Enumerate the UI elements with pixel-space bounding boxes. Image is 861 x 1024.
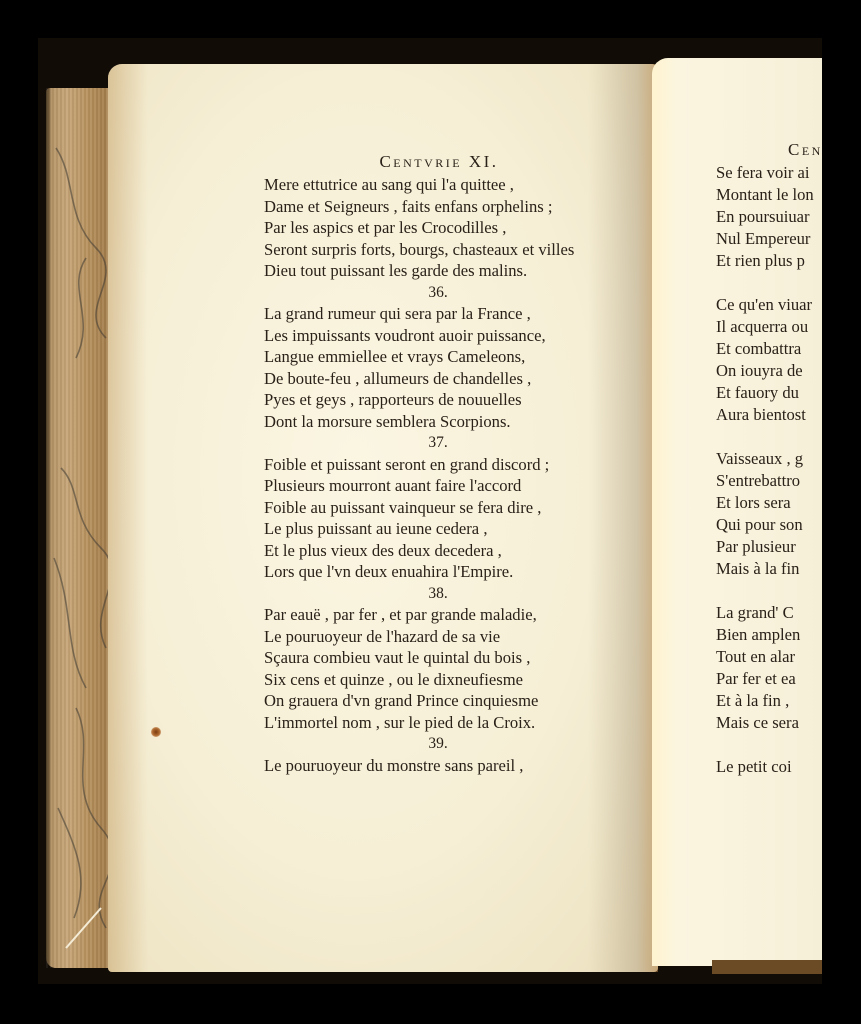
verse-line: La grand' C <box>716 602 822 624</box>
verse-line: Par eauë , par fer , et par grande malad… <box>264 604 604 626</box>
left-page-text: Centvrie XI. Mere ettutrice au sang qui … <box>264 150 604 776</box>
verse-line: Dieu tout puissant les garde des malins. <box>264 260 604 282</box>
quatrain-number: 39. <box>272 733 604 755</box>
stanza-gap <box>716 426 822 448</box>
verse-line: Seront surpris forts, bourgs, chasteaux … <box>264 239 604 261</box>
verse-line: Plusieurs mourront auant faire l'accord <box>264 475 604 497</box>
verse-line: Montant le lon <box>716 184 822 206</box>
verse-line: Et rien plus p <box>716 250 822 272</box>
right-page-bottom-edge <box>712 960 822 974</box>
verse-line: De boute-feu , allumeurs de chandelles , <box>264 368 604 390</box>
verse-line: Les impuissants voudront auoir puissance… <box>264 325 604 347</box>
verse-line: Par fer et ea <box>716 668 822 690</box>
quatrain-number: 37. <box>272 432 604 454</box>
verse-line: Pyes et geys , rapporteurs de nouuelles <box>264 389 604 411</box>
verse-line: S'entrebattro <box>716 470 822 492</box>
running-head: Cen <box>716 138 822 162</box>
verse-line: Et fauory du <box>716 382 822 404</box>
verse-line: Le plus puissant au ieune cedera , <box>264 518 604 540</box>
verse-line: Lors que l'vn deux enuahira l'Empire. <box>264 561 604 583</box>
verse-line: Le pouruoyeur du monstre sans pareil , <box>264 755 604 777</box>
verse-line: Bien amplen <box>716 624 822 646</box>
verse-line: Se fera voir ai <box>716 162 822 184</box>
verse-line: Langue emmiellee et vrays Cameleons, <box>264 346 604 368</box>
verse-line: Il acquerra ou <box>716 316 822 338</box>
verse-line: Par les aspics et par les Crocodilles , <box>264 217 604 239</box>
right-page-text: Cen Se fera voir ai Montant le lon En po… <box>716 138 822 778</box>
verse-line: Dame et Seigneurs , faits enfans orpheli… <box>264 196 604 218</box>
verse-line: Tout en alar <box>716 646 822 668</box>
quatrain-number: 36. <box>272 282 604 304</box>
stanza-gap <box>716 734 822 756</box>
verse-line: Aura bientost <box>716 404 822 426</box>
stanza-gap <box>716 580 822 602</box>
verse-line: Foible au puissant vainqueur se fera dir… <box>264 497 604 519</box>
quatrain-number: 38. <box>272 583 604 605</box>
verse-line: Et lors sera <box>716 492 822 514</box>
marble-pattern-icon <box>46 88 116 968</box>
verse-line: Qui pour son <box>716 514 822 536</box>
verse-line: Mais ce sera <box>716 712 822 734</box>
verse-line: Sçaura combieu vaut le quintal du bois , <box>264 647 604 669</box>
verse-line: Six cens et quinze , ou le dixneufiesme <box>264 669 604 691</box>
verse-line: Par plusieur <box>716 536 822 558</box>
verse-line: Le pouruoyeur de l'hazard de sa vie <box>264 626 604 648</box>
verse-line: Mere ettutrice au sang qui l'a quittee , <box>264 174 604 196</box>
verse-line: En poursuiuar <box>716 206 822 228</box>
verse-line: Nul Empereur <box>716 228 822 250</box>
foxing-stain <box>151 727 161 737</box>
verse-line: La grand rumeur qui sera par la France , <box>264 303 604 325</box>
verse-line: On grauera d'vn grand Prince cinquiesme <box>264 690 604 712</box>
verse-line: Vaisseaux , g <box>716 448 822 470</box>
book-photo: Centvrie XI. Mere ettutrice au sang qui … <box>0 0 861 1024</box>
stanza-gap <box>716 272 822 294</box>
running-head: Centvrie XI. <box>274 150 604 174</box>
verse-line: Dont la morsure semblera Scorpions. <box>264 411 604 433</box>
verse-line: Et à la fin , <box>716 690 822 712</box>
verse-line: Et le plus vieux des deux decedera , <box>264 540 604 562</box>
verse-line: L'immortel nom , sur le pied de la Croix… <box>264 712 604 734</box>
marbled-fore-edge <box>46 88 116 968</box>
verse-line: Mais à la fin <box>716 558 822 580</box>
verse-line: On iouyra de <box>716 360 822 382</box>
verse-line: Et combattra <box>716 338 822 360</box>
verse-line: Foible et puissant seront en grand disco… <box>264 454 604 476</box>
verse-line: Le petit coi <box>716 756 822 778</box>
verse-line: Ce qu'en viuar <box>716 294 822 316</box>
